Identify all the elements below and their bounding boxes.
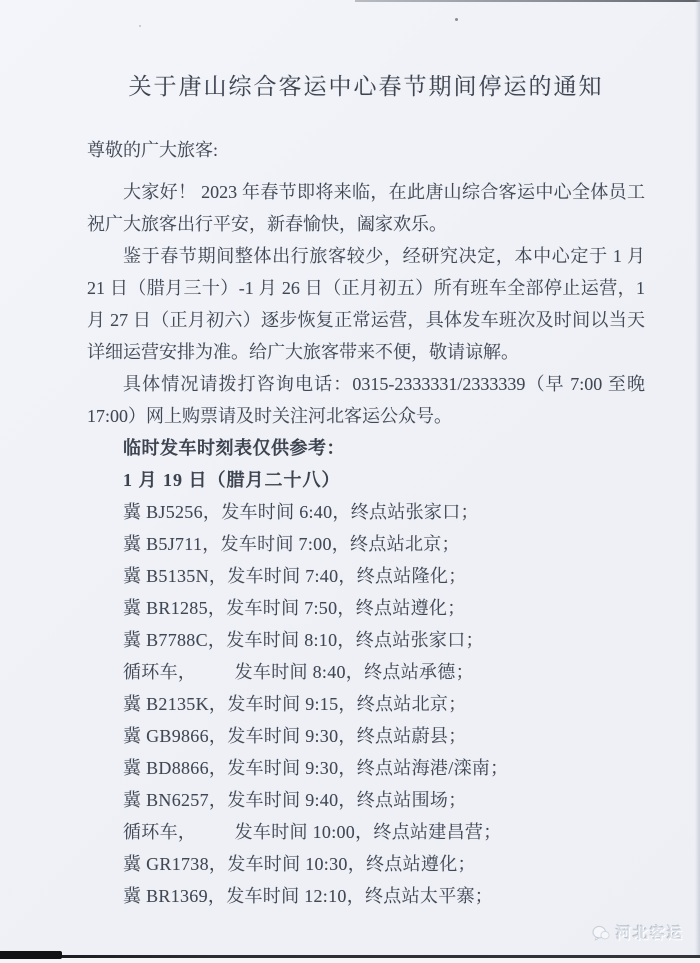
schedule-line: 冀 GB9866，发车时间 9:30，终点站蔚县； bbox=[87, 720, 645, 752]
schedule-list: 冀 BJ5256，发车时间 6:40，终点站张家口；冀 B5J711，发车时间 … bbox=[87, 496, 645, 912]
schedule-line: 冀 B5135N，发车时间 7:40，终点站隆化； bbox=[87, 560, 645, 592]
schedule-line: 冀 BR1369，发车时间 12:10，终点站太平寨； bbox=[87, 880, 645, 912]
hebei-keyun-watermark: 河北客运 bbox=[592, 922, 684, 943]
schedule-line: 冀 BR1285，发车时间 7:50，终点站遵化； bbox=[87, 592, 645, 624]
schedule-line: 冀 B2135K，发车时间 9:15，终点站北京； bbox=[87, 688, 645, 720]
watermark-label: 河北客运 bbox=[616, 922, 684, 943]
schedule-line: 循环车， 发车时间 8:40，终点站承德； bbox=[87, 656, 645, 688]
scan-bottom-edge-line bbox=[0, 955, 700, 958]
scan-speck bbox=[455, 18, 458, 21]
schedule-line: 冀 BD8866，发车时间 9:30，终点站海港/滦南； bbox=[87, 752, 645, 784]
paragraph-new-year-greeting: 大家好！ 2023 年春节即将来临，在此唐山综合客运中心全体员工祝广大旅客出行平… bbox=[87, 176, 645, 240]
schedule-line: 冀 BJ5256，发车时间 6:40，终点站张家口； bbox=[87, 496, 645, 528]
scan-bottom-edge-block bbox=[0, 951, 62, 959]
schedule-line: 冀 B5J711，发车时间 7:00，终点站北京； bbox=[87, 528, 645, 560]
schedule-line: 冀 BN6257，发车时间 9:40，终点站围场； bbox=[87, 784, 645, 816]
notice-title: 关于唐山综合客运中心春节期间停运的通知 bbox=[87, 70, 645, 104]
schedule-date: 1 月 19 日（腊月二十八） bbox=[87, 464, 645, 496]
scan-edge-top-line bbox=[355, 0, 700, 2]
hebei-keyun-logo-icon bbox=[592, 925, 610, 941]
schedule-line: 冀 B7788C，发车时间 8:10，终点站张家口； bbox=[87, 624, 645, 656]
scan-speck bbox=[139, 25, 141, 27]
greeting-line: 尊敬的广大旅客: bbox=[87, 134, 645, 166]
schedule-heading: 临时发车时刻表仅供参考： bbox=[87, 432, 645, 464]
scanned-notice-page: 关于唐山综合客运中心春节期间停运的通知 尊敬的广大旅客: 大家好！ 2023 年… bbox=[0, 0, 700, 963]
schedule-line: 循环车， 发车时间 10:00，终点站建昌营； bbox=[87, 816, 645, 848]
schedule-line: 冀 GR1738，发车时间 10:30，终点站遵化； bbox=[87, 848, 645, 880]
paragraph-contact-info: 具体情况请拨打咨询电话：0315-2333331/2333339（早 7:00 … bbox=[87, 368, 645, 432]
notice-body: 关于唐山综合客运中心春节期间停运的通知 尊敬的广大旅客: 大家好！ 2023 年… bbox=[87, 70, 645, 912]
paragraph-suspension-dates: 鉴于春节期间整体出行旅客较少，经研究决定，本中心定于 1 月 21 日（腊月三十… bbox=[87, 240, 645, 368]
scan-edge-right-shadow bbox=[695, 0, 700, 963]
